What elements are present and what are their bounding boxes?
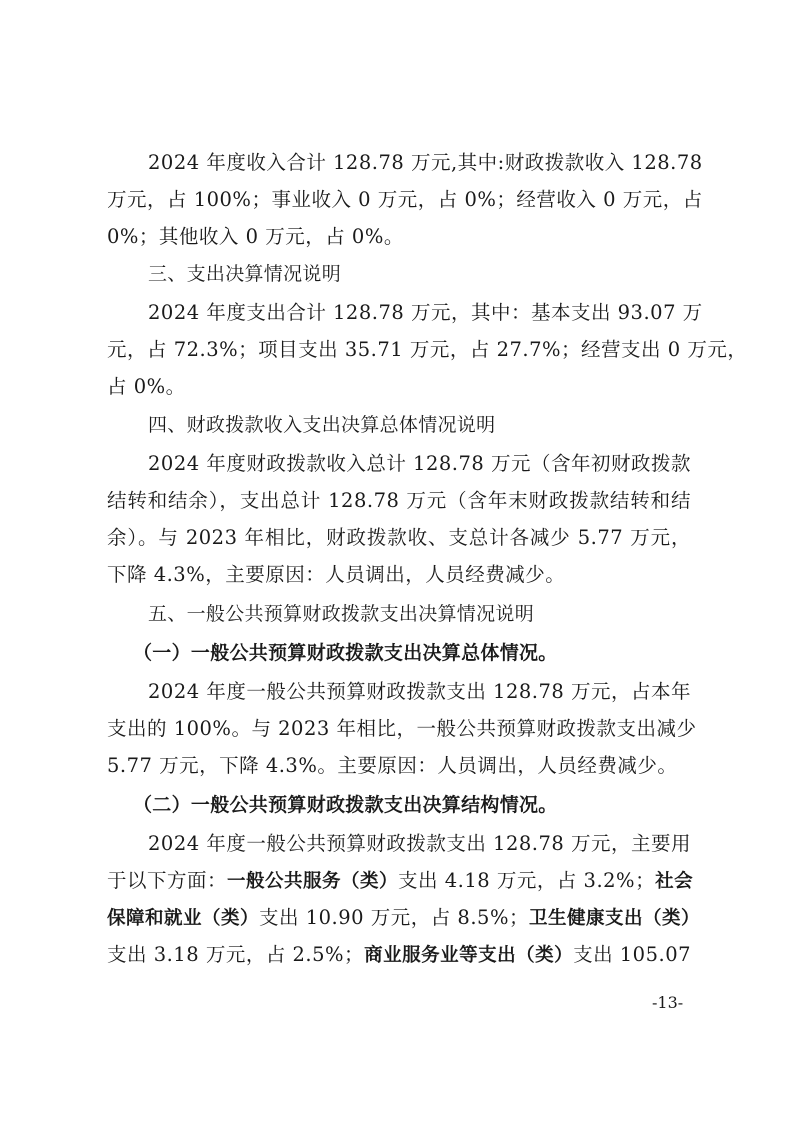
category-health: 卫生健康支出（类） bbox=[529, 908, 700, 929]
section4-line-1: 2024 年度财政拨款收入总计 128.78 万元（含年初财政拨款 bbox=[148, 449, 691, 479]
text-run: 支出 3.18 万元，占 2.5%； bbox=[107, 943, 364, 966]
text-run: 支出 4.18 万元，占 3.2%； bbox=[398, 869, 655, 892]
section5-sub1-line-2: 支出的 100%。与 2023 年相比，一般公共预算财政拨款支出减少 bbox=[107, 714, 691, 744]
section4-line-3: 余）。与 2023 年相比，财政拨款收、支总计各减少 5.77 万元， bbox=[107, 523, 691, 553]
section5-sub2-heading: （二）一般公共预算财政拨款支出决算结构情况。 bbox=[133, 790, 717, 820]
section3-line-1: 2024 年度支出合计 128.78 万元，其中：基本支出 93.07 万 bbox=[148, 298, 691, 328]
section4-line-2: 结转和结余），支出总计 128.78 万元（含年末财政拨款结转和结 bbox=[107, 486, 691, 516]
section5-sub2-line-3: 保障和就业（类）支出 10.90 万元，占 8.5%；卫生健康支出（类） bbox=[107, 903, 691, 933]
section3-heading: 三、支出决算情况说明 bbox=[148, 259, 691, 289]
text-run: 支出 10.90 万元，占 8.5%； bbox=[259, 906, 529, 929]
text-run: 支出 105.07 bbox=[573, 943, 691, 966]
section5-sub1-line-1: 2024 年度一般公共预算财政拨款支出 128.78 万元，占本年 bbox=[148, 677, 691, 707]
income-line-3: 0%；其他收入 0 万元，占 0%。 bbox=[107, 222, 691, 252]
category-commercial-services: 商业服务业等支出（类） bbox=[364, 945, 573, 966]
section4-heading: 四、财政拨款收入支出决算总体情况说明 bbox=[148, 410, 691, 440]
category-social-security-part1: 社会 bbox=[655, 871, 693, 892]
text-run: 于以下方面： bbox=[107, 869, 227, 892]
section5-sub1-heading: （一）一般公共预算财政拨款支出决算总体情况。 bbox=[133, 638, 717, 668]
section5-sub1-line-3: 5.77 万元，下降 4.3%。主要原因：人员调出，人员经费减少。 bbox=[107, 751, 691, 781]
section5-sub2-line-4: 支出 3.18 万元，占 2.5%；商业服务业等支出（类）支出 105.07 bbox=[107, 940, 691, 970]
category-social-security-part2: 保障和就业（类） bbox=[107, 908, 259, 929]
section5-heading: 五、一般公共预算财政拨款支出决算情况说明 bbox=[148, 599, 691, 629]
section5-sub2-line-2: 于以下方面：一般公共服务（类）支出 4.18 万元，占 3.2%；社会 bbox=[107, 866, 691, 896]
income-line-1: 2024 年度收入合计 128.78 万元,其中:财政拨款收入 128.78 bbox=[148, 148, 691, 178]
section4-line-4: 下降 4.3%，主要原因：人员调出，人员经费减少。 bbox=[107, 560, 691, 590]
section3-line-3: 占 0%。 bbox=[107, 372, 691, 402]
section3-line-2: 元，占 72.3%；项目支出 35.71 万元，占 27.7%；经营支出 0 万… bbox=[107, 335, 691, 365]
category-general-public-services: 一般公共服务（类） bbox=[227, 871, 398, 892]
section5-sub2-line-1: 2024 年度一般公共预算财政拨款支出 128.78 万元，主要用 bbox=[148, 829, 691, 859]
income-line-2: 万元，占 100%；事业收入 0 万元，占 0%；经营收入 0 万元，占 bbox=[107, 185, 691, 215]
document-page: 2024 年度收入合计 128.78 万元,其中:财政拨款收入 128.78 万… bbox=[0, 0, 793, 1122]
page-number: -13- bbox=[652, 993, 683, 1012]
